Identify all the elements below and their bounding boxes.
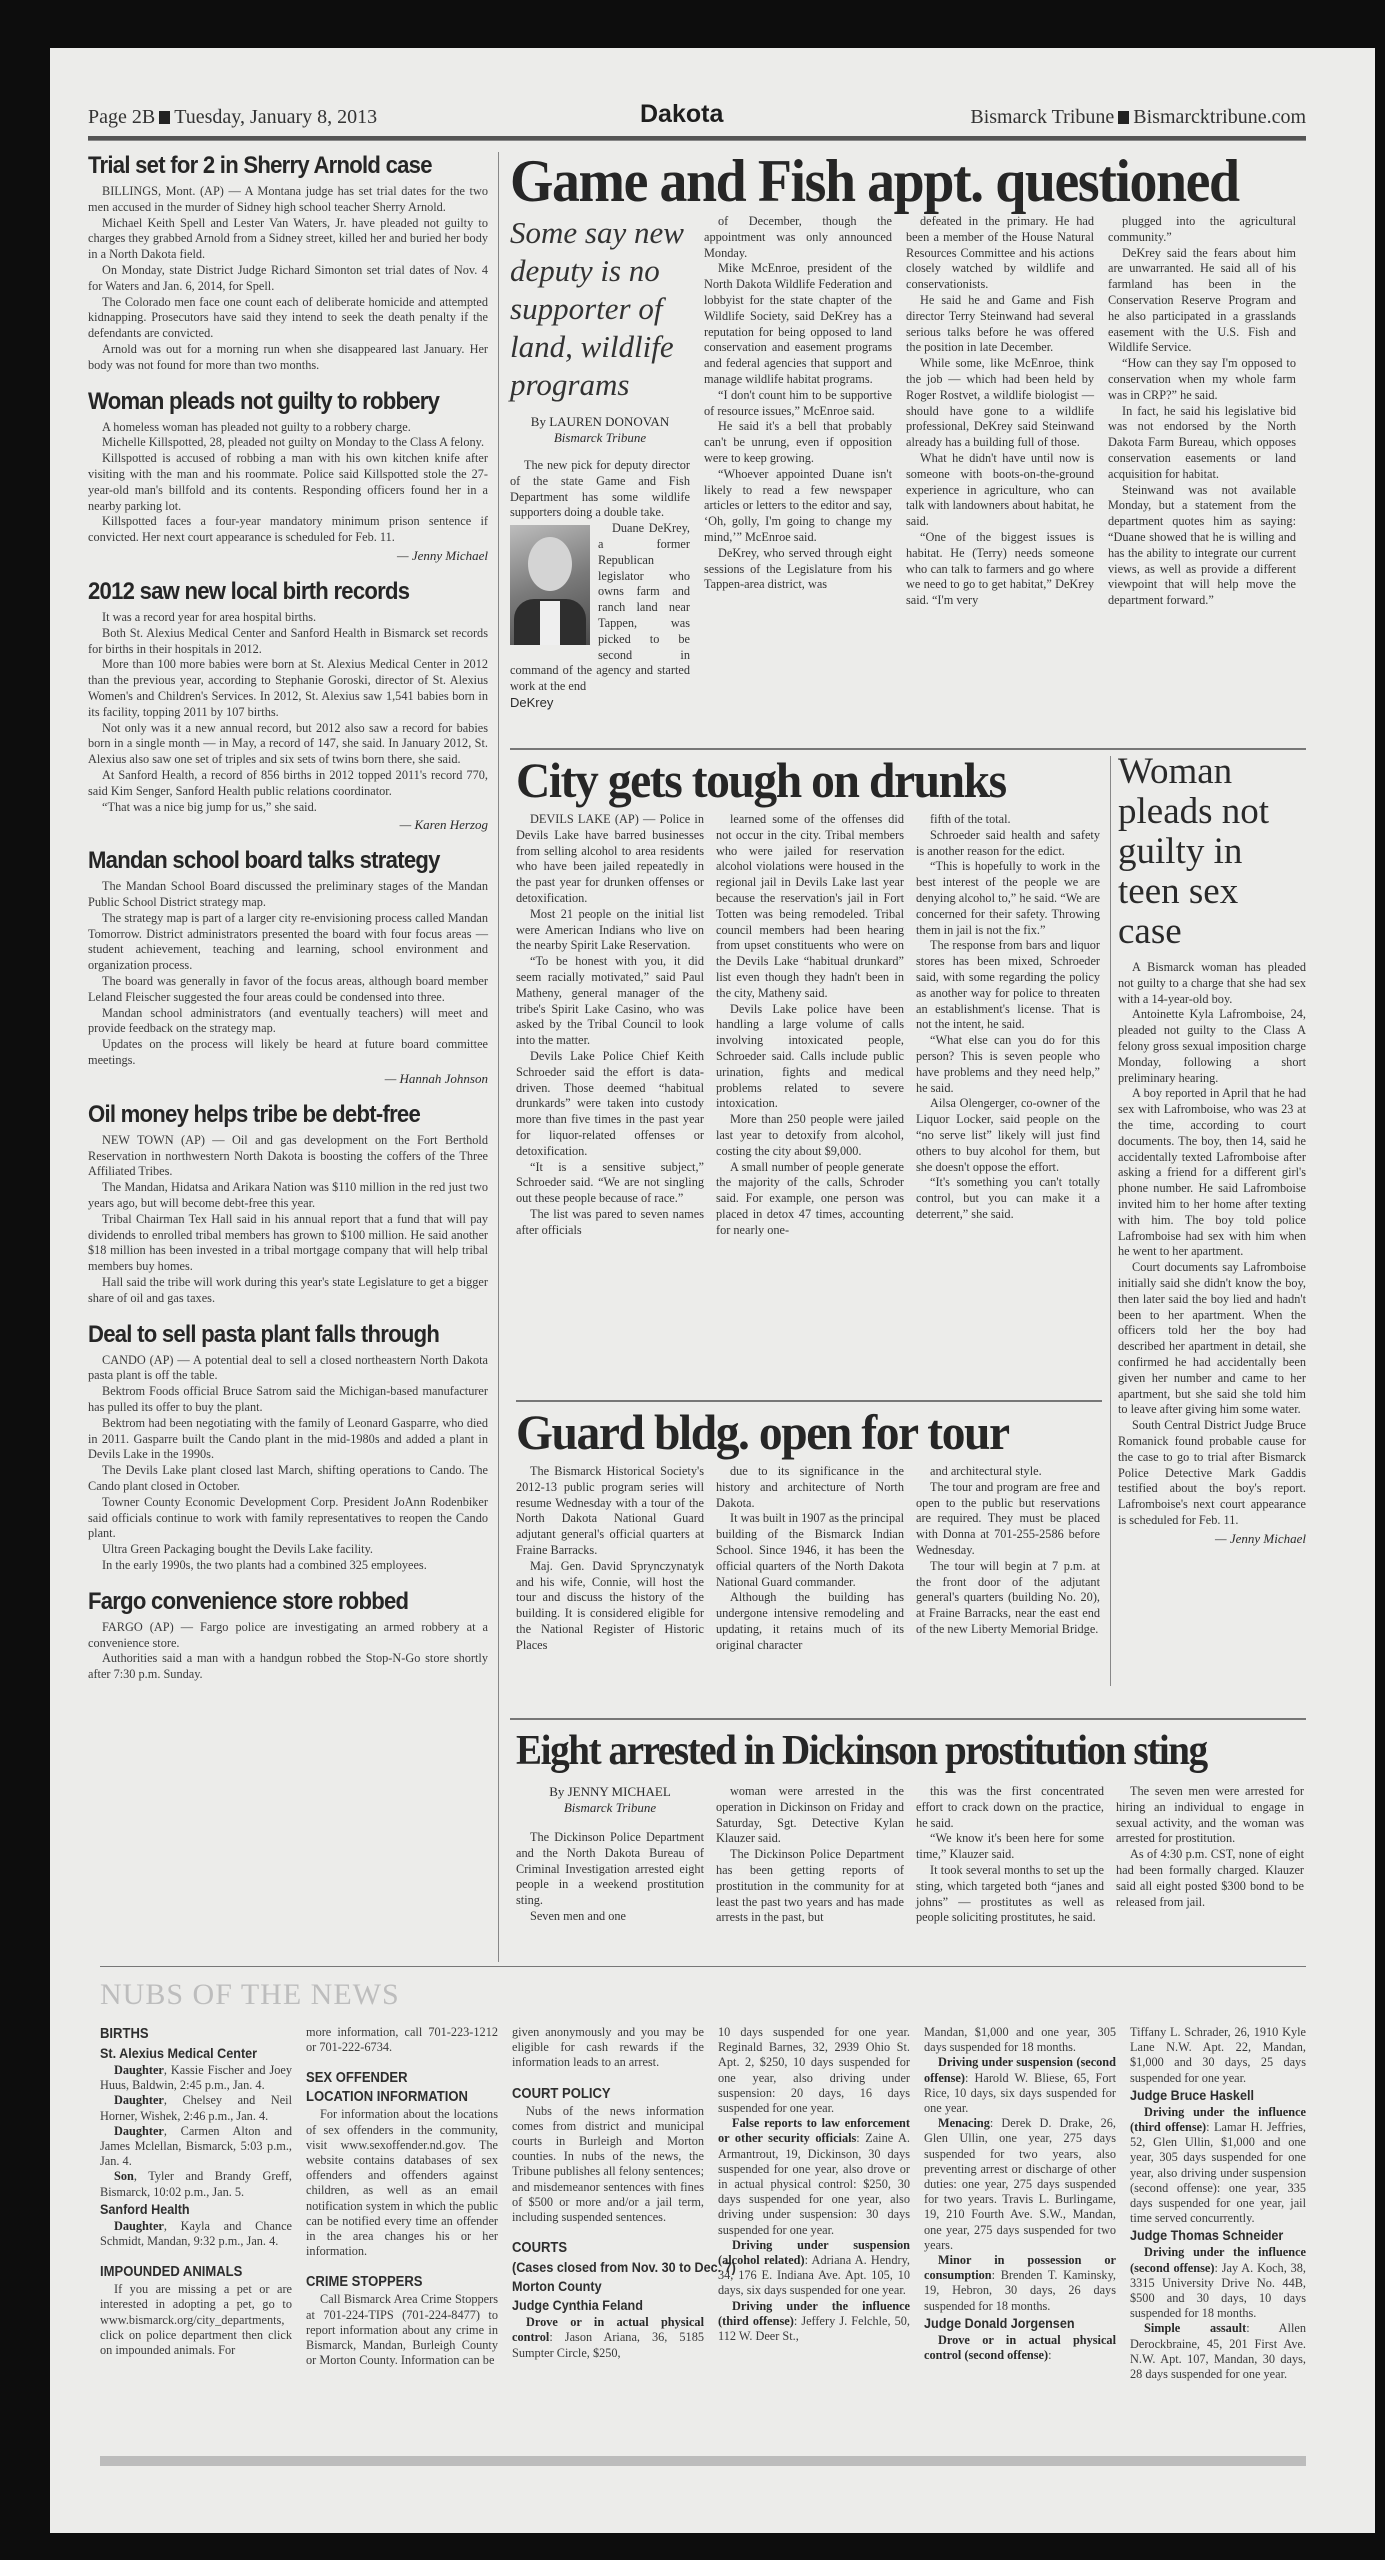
brief-headline: Oil money helps tribe be debt-free (88, 1101, 456, 1129)
brief-paragraph: Michael Keith Spell and Lester Van Water… (88, 216, 488, 263)
brief-story: Oil money helps tribe be debt-freeNEW TO… (88, 1101, 488, 1307)
sting-story: Eight arrested in Dickinson prostitution… (516, 1726, 1306, 1926)
sex-offender-heading: SEX OFFENDER (306, 2069, 479, 2088)
court-entry: Driving under suspension (alcohol relate… (718, 2238, 910, 2299)
courts-heading: COURTS (512, 2239, 685, 2258)
brief-paragraph: Hall said the tribe will work during thi… (88, 1275, 488, 1307)
brief-story: Deal to sell pasta plant falls throughCA… (88, 1321, 488, 1574)
column-divider (498, 152, 499, 1962)
teen-paragraph: South Central District Judge Bruce Roman… (1118, 1418, 1306, 1529)
birth-entry: Daughter, Carmen Alton and James Mclella… (100, 2124, 292, 2170)
footer-bar (100, 2456, 1306, 2466)
crime-stoppers-text-cont: given anonymously and you may be eligibl… (512, 2025, 704, 2071)
brief-paragraph: Authorities said a man with a handgun ro… (88, 1651, 488, 1683)
lead-paragraph: defeated in the primary. He had been a m… (906, 214, 1094, 293)
brief-byline: — Karen Herzog (88, 817, 488, 833)
sting-paragraph: Seven men and one (516, 1909, 704, 1925)
court-entry: Driving under the influence (second offe… (1130, 2245, 1306, 2321)
court-entry: False reports to law enforcement or othe… (718, 2116, 910, 2238)
courts-county: Morton County (512, 2277, 685, 2296)
section-rule (510, 748, 1306, 750)
brief-paragraph: BILLINGS, Mont. (AP) — A Montana judge h… (88, 184, 488, 216)
brief-paragraph: NEW TOWN (AP) — Oil and gas development … (88, 1133, 488, 1180)
brief-headline: Trial set for 2 in Sherry Arnold case (88, 152, 456, 180)
sting-col-4: The seven men were arrested for hiring a… (1116, 1784, 1304, 1926)
nubs-col-6: Tiffany L. Schrader, 26, 1910 Kyle Lane … (1130, 2025, 1306, 2382)
sting-col-3: this was the first concentrated effort t… (916, 1784, 1104, 1926)
lead-paragraph: plugged into the agricultural community.… (1108, 214, 1296, 246)
guard-paragraph: Although the building has undergone inte… (716, 1590, 904, 1653)
sex-offender-text: For information about the locations of s… (306, 2107, 498, 2259)
header-rule (88, 136, 1306, 141)
sting-paragraph: woman were arrested in the operation in … (716, 1784, 904, 1847)
drunks-paragraph: “What else can you do for this person? T… (916, 1033, 1100, 1096)
sting-paragraph: this was the first concentrated effort t… (916, 1784, 1104, 1831)
brief-paragraph: At Sanford Health, a record of 856 birth… (88, 768, 488, 800)
brief-paragraph: The strategy map is part of a larger cit… (88, 911, 488, 974)
lead-author: By LAUREN DONOVAN (531, 414, 669, 429)
guard-headline: Guard bldg. open for tour (516, 1404, 1073, 1460)
brief-paragraph: More than 100 more babies were born at S… (88, 657, 488, 720)
drunks-paragraph: fifth of the total. (916, 812, 1100, 828)
brief-paragraph: Bektrom Foods official Bruce Satrom said… (88, 1384, 488, 1416)
sting-paragraph: It took several months to set up the sti… (916, 1863, 1104, 1926)
impounded-heading: IMPOUNDED ANIMALS (100, 2263, 273, 2282)
drunks-paragraph: The response from bars and liquor stores… (916, 938, 1100, 1033)
brief-paragraph: Towner County Economic Development Corp.… (88, 1495, 488, 1542)
column-divider (1110, 756, 1111, 1686)
guard-paragraph: The tour will begin at 7 p.m. at the fro… (916, 1559, 1100, 1638)
drunks-headline: City gets tough on drunks (516, 752, 1073, 808)
drunks-paragraph: A small number of people generate the ma… (716, 1160, 904, 1239)
lead-paragraph: “Whoever appointed Duane isn't likely to… (704, 467, 892, 546)
nubs-col-1: BIRTHS St. Alexius Medical Center Daught… (100, 2025, 292, 2358)
drunks-col-1: DEVILS LAKE (AP) — Police in Devils Lake… (516, 812, 704, 1239)
crime-stoppers-text: Call Bismarck Area Crime Stoppers at 701… (306, 2292, 498, 2368)
brief-headline: Woman pleads not guilty to robbery (88, 388, 456, 416)
court-entry: Minor in possession or consumption: Bren… (924, 2253, 1116, 2314)
guard-col-1: The Bismarck Historical Society's 2012-1… (516, 1464, 704, 1654)
page-header: Page 2BTuesday, January 8, 2013 Dakota B… (88, 100, 1306, 138)
lead-paragraph: “I don't count him to be supportive of r… (704, 388, 892, 420)
birth-entry: Daughter, Kassie Fischer and Joey Huus, … (100, 2063, 292, 2093)
court-entry: Drove or in actual physical control (sec… (924, 2333, 1116, 2363)
lead-paragraph: What he didn't have until now is someone… (906, 451, 1094, 530)
lead-paragraph: of December, though the appointment was … (704, 214, 892, 261)
section-rule (510, 1718, 1306, 1720)
guard-paragraph: and architectural style. (916, 1464, 1100, 1480)
court-entry: Drove or in actual physical control: Jas… (512, 2315, 704, 2361)
sting-paragraph: The Dickinson Police Department and the … (516, 1830, 704, 1909)
judge-heading: Judge Cynthia Feland (512, 2296, 685, 2315)
section-name: Dakota (640, 100, 723, 129)
court-entry: Tiffany L. Schrader, 26, 1910 Kyle Lane … (1130, 2025, 1306, 2086)
lead-paragraph: He said he and Game and Fish director Te… (906, 293, 1094, 356)
brief-paragraph: Michelle Killspotted, 28, pleaded not gu… (88, 435, 488, 451)
courts-dates: (Cases closed from Nov. 30 to Dec. 7) (512, 2258, 685, 2277)
brief-story: Trial set for 2 in Sherry Arnold caseBIL… (88, 152, 488, 374)
births-heading: BIRTHS (100, 2025, 273, 2044)
brief-paragraph: Killspotted faces a four-year mandatory … (88, 514, 488, 546)
brief-paragraph: FARGO (AP) — Fargo police are investigat… (88, 1620, 488, 1652)
sting-paragraph: As of 4:30 p.m. CST, none of eight had b… (1116, 1847, 1304, 1910)
brief-paragraph: Killspotted is accused of robbing a man … (88, 451, 488, 514)
sex-offender-heading-2: LOCATION INFORMATION (306, 2088, 479, 2107)
sting-paragraph: The seven men were arrested for hiring a… (1116, 1784, 1304, 1847)
nubs-col-4: 10 days suspended for one year. Reginald… (718, 2025, 910, 2344)
lead-deck: Some say new deputy is no supporter of l… (510, 214, 690, 404)
court-entry: Mandan, $1,000 and one year, 305 days su… (924, 2025, 1116, 2055)
brief-paragraph: Not only was it a new annual record, but… (88, 721, 488, 768)
court-entry: Simple assault: Allen Derockbraine, 45, … (1130, 2321, 1306, 2382)
court-entry: Driving under the influence (third offen… (1130, 2105, 1306, 2227)
page-folio: Page 2BTuesday, January 8, 2013 (88, 106, 377, 129)
brief-paragraph: Updates on the process will likely be he… (88, 1037, 488, 1069)
impounded-text: If you are missing a pet or are interest… (100, 2282, 292, 2358)
drunks-paragraph: learned some of the offenses did not occ… (716, 812, 904, 1002)
brief-paragraph: It was a record year for area hospital b… (88, 610, 488, 626)
teen-body: A Bismarck woman has pleaded not guilty … (1118, 960, 1306, 1529)
brief-paragraph: Bektrom had been negotiating with the fa… (88, 1416, 488, 1463)
court-policy-text: Nubs of the news information comes from … (512, 2104, 704, 2226)
brief-paragraph: Ultra Green Packaging bought the Devils … (88, 1542, 488, 1558)
brief-paragraph: In the early 1990s, the two plants had a… (88, 1558, 488, 1574)
brief-paragraph: The Colorado men face one count each of … (88, 295, 488, 342)
teen-paragraph: Court documents say Lafromboise initiall… (1118, 1260, 1306, 1418)
lead-paragraph: DeKrey, who served through eight session… (704, 546, 892, 593)
lead-paragraph: While some, like McEnroe, think the job … (906, 356, 1094, 451)
lead-paragraph: DeKrey said the fears about him are unwa… (1108, 246, 1296, 357)
brief-story: Mandan school board talks strategyThe Ma… (88, 847, 488, 1087)
guard-paragraph: The Bismarck Historical Society's 2012-1… (516, 1464, 704, 1559)
brief-paragraph: The Mandan, Hidatsa and Arikara Nation w… (88, 1180, 488, 1212)
teen-headline: Woman pleads not guilty in teen sex case (1118, 752, 1306, 952)
nubs-col-5: Mandan, $1,000 and one year, 305 days su… (924, 2025, 1116, 2363)
teen-paragraph: Antoinette Kyla Lafromboise, 24, pleaded… (1118, 1007, 1306, 1086)
sting-outlet: Bismarck Tribune (516, 1800, 704, 1816)
paper-name: Bismarck Tribune (970, 106, 1114, 128)
nubs-title: NUBS OF THE NEWS (100, 1978, 400, 2012)
paper-website: Bismarcktribune.com (1133, 106, 1306, 128)
sting-headline: Eight arrested in Dickinson prostitution… (516, 1726, 1251, 1776)
brief-paragraph: “That was a nice big jump for us,” she s… (88, 800, 488, 816)
court-entry: Driving under the influence (third offen… (718, 2299, 910, 2345)
impounded-text-cont: more information, call 701-223-1212 or 7… (306, 2025, 498, 2055)
lead-paragraph: The new pick for deputy director of the … (510, 458, 690, 521)
brief-paragraph: On Monday, state District Judge Richard … (88, 263, 488, 295)
drunks-paragraph: “This is hopefully to work in the best i… (916, 859, 1100, 938)
teen-paragraph: A boy reported in April that he had sex … (1118, 1086, 1306, 1260)
drunks-paragraph: More than 250 people were jailed last ye… (716, 1112, 904, 1159)
brief-paragraph: The board was generally in favor of the … (88, 974, 488, 1006)
lead-headline: Game and Fish appt. questioned (510, 150, 1250, 212)
lead-paragraph: “One of the biggest issues is habitat. H… (906, 530, 1094, 609)
drunks-paragraph: “It's something you can't totally contro… (916, 1175, 1100, 1222)
brief-paragraph: A homeless woman has pleaded not guilty … (88, 420, 488, 436)
brief-paragraph: Both St. Alexius Medical Center and Sanf… (88, 626, 488, 658)
section-rule (100, 1966, 1306, 1967)
judge-heading: Judge Thomas Schneider (1130, 2226, 1288, 2245)
birth-entry: Daughter, Chelsey and Neil Horner, Wishe… (100, 2093, 292, 2123)
nubs-col-2: more information, call 701-223-1212 or 7… (306, 2025, 498, 2368)
drunks-paragraph: Ailsa Olengerger, co-owner of the Liquor… (916, 1096, 1100, 1175)
brief-byline: — Jenny Michael (88, 548, 488, 564)
court-entry: 10 days suspended for one year. Reginald… (718, 2025, 910, 2116)
brief-paragraph: The Mandan School Board discussed the pr… (88, 879, 488, 911)
sting-paragraph: The Dickinson Police Department has been… (716, 1847, 904, 1926)
judge-heading: Judge Donald Jorgensen (924, 2314, 1097, 2333)
brief-headline: 2012 saw new local birth records (88, 578, 456, 606)
briefs-column: Trial set for 2 in Sherry Arnold caseBIL… (88, 152, 488, 1697)
drunks-paragraph: The list was pared to seven names after … (516, 1207, 704, 1239)
drunks-story: City gets tough on drunks DEVILS LAKE (A… (516, 752, 1102, 1239)
masthead-info: Bismarck TribuneBismarcktribune.com (970, 106, 1306, 129)
drunks-paragraph: “It is a sensitive subject,” Schroeder s… (516, 1160, 704, 1207)
sting-paragraph: “We know it's been here for some time,” … (916, 1831, 1104, 1863)
brief-paragraph: The Devils Lake plant closed last March,… (88, 1463, 488, 1495)
lead-outlet: Bismarck Tribune (510, 430, 690, 446)
judge-heading: Judge Bruce Haskell (1130, 2086, 1288, 2105)
birth-entry: Son, Tyler and Brandy Greff, Bismarck, 1… (100, 2169, 292, 2199)
lead-paragraph: He said it's a bell that probably can't … (704, 419, 892, 466)
drunks-paragraph: Devils Lake police have been handling a … (716, 1002, 904, 1113)
brief-story: 2012 saw new local birth recordsIt was a… (88, 578, 488, 833)
court-entry: Driving under suspension (second offense… (924, 2055, 1116, 2116)
lead-col-4: plugged into the agricultural community.… (1108, 214, 1296, 710)
lead-col-1: Some say new deputy is no supporter of l… (510, 214, 690, 710)
sting-byline: By JENNY MICHAEL Bismarck Tribune (516, 1784, 704, 1816)
drunks-col-2: learned some of the offenses did not occ… (716, 812, 904, 1239)
sting-col-1: By JENNY MICHAEL Bismarck Tribune The Di… (516, 1784, 704, 1926)
lead-story: Game and Fish appt. questioned Some say … (510, 150, 1306, 710)
drunks-paragraph: DEVILS LAKE (AP) — Police in Devils Lake… (516, 812, 704, 907)
section-rule (516, 1400, 1102, 1402)
lead-paragraph: “How can they say I'm opposed to conserv… (1108, 356, 1296, 403)
guard-paragraph: It was built in 1907 as the principal bu… (716, 1511, 904, 1590)
brief-headline: Mandan school board talks strategy (88, 847, 456, 875)
teen-paragraph: A Bismarck woman has pleaded not guilty … (1118, 960, 1306, 1007)
sting-author: By JENNY MICHAEL (549, 1784, 671, 1799)
guard-col-3: and architectural style.The tour and pro… (916, 1464, 1100, 1654)
scan-border (0, 2533, 1385, 2560)
brief-headline: Fargo convenience store robbed (88, 1588, 456, 1616)
brief-headline: Deal to sell pasta plant falls through (88, 1321, 456, 1349)
lead-byline: By LAUREN DONOVAN Bismarck Tribune (510, 414, 690, 446)
drunks-paragraph: Schroeder said health and safety is anot… (916, 828, 1100, 860)
guard-paragraph: due to its significance in the history a… (716, 1464, 904, 1511)
brief-paragraph: CANDO (AP) — A potential deal to sell a … (88, 1353, 488, 1385)
brief-byline: — Hannah Johnson (88, 1071, 488, 1087)
guard-col-2: due to its significance in the history a… (716, 1464, 904, 1654)
birth-entry: Daughter, Kayla and Chance Schmidt, Mand… (100, 2219, 292, 2249)
st-alexius-heading: St. Alexius Medical Center (100, 2044, 273, 2063)
square-bullet-icon (1118, 111, 1129, 124)
court-policy-heading: COURT POLICY (512, 2085, 685, 2104)
square-bullet-icon (159, 111, 170, 124)
lead-paragraph: Mike McEnroe, president of the North Dak… (704, 261, 892, 387)
lead-paragraph: Steinwand was not available Monday, but … (1108, 483, 1296, 609)
brief-story: Fargo convenience store robbedFARGO (AP)… (88, 1588, 488, 1683)
page-date: Tuesday, January 8, 2013 (174, 106, 377, 128)
teen-story: Woman pleads not guilty in teen sex case… (1118, 752, 1306, 1547)
brief-paragraph: Arnold was out for a morning run when sh… (88, 342, 488, 374)
sting-col-2: woman were arrested in the operation in … (716, 1784, 904, 1926)
sanford-heading: Sanford Health (100, 2200, 273, 2219)
drunks-col-3: fifth of the total.Schroeder said health… (916, 812, 1100, 1239)
court-entry: Menacing: Derek D. Drake, 26, Glen Ullin… (924, 2116, 1116, 2253)
guard-story: Guard bldg. open for tour The Bismarck H… (516, 1404, 1102, 1654)
dekrey-photo (510, 525, 590, 645)
page-number: Page 2B (88, 106, 155, 128)
teen-byline: — Jenny Michael (1118, 1531, 1306, 1547)
drunks-paragraph: Devils Lake Police Chief Keith Schroeder… (516, 1049, 704, 1160)
brief-paragraph: Mandan school administrators (and eventu… (88, 1006, 488, 1038)
lead-paragraph: In fact, he said his legislative bid was… (1108, 404, 1296, 483)
lead-col-2: of December, though the appointment was … (704, 214, 892, 710)
guard-paragraph: Maj. Gen. David Sprynczynatyk and his wi… (516, 1559, 704, 1654)
drunks-paragraph: Most 21 people on the initial list were … (516, 907, 704, 954)
drunks-paragraph: “To be honest with you, it did seem raci… (516, 954, 704, 1049)
brief-paragraph: Tribal Chairman Tex Hall said in his ann… (88, 1212, 488, 1275)
crime-stoppers-heading: CRIME STOPPERS (306, 2273, 479, 2292)
brief-story: Woman pleads not guilty to robberyA home… (88, 388, 488, 564)
photo-caption: DeKrey (510, 695, 690, 710)
lead-col-3: defeated in the primary. He had been a m… (906, 214, 1094, 710)
nubs-col-3: given anonymously and you may be eligibl… (512, 2025, 704, 2361)
guard-paragraph: The tour and program are free and open t… (916, 1480, 1100, 1559)
